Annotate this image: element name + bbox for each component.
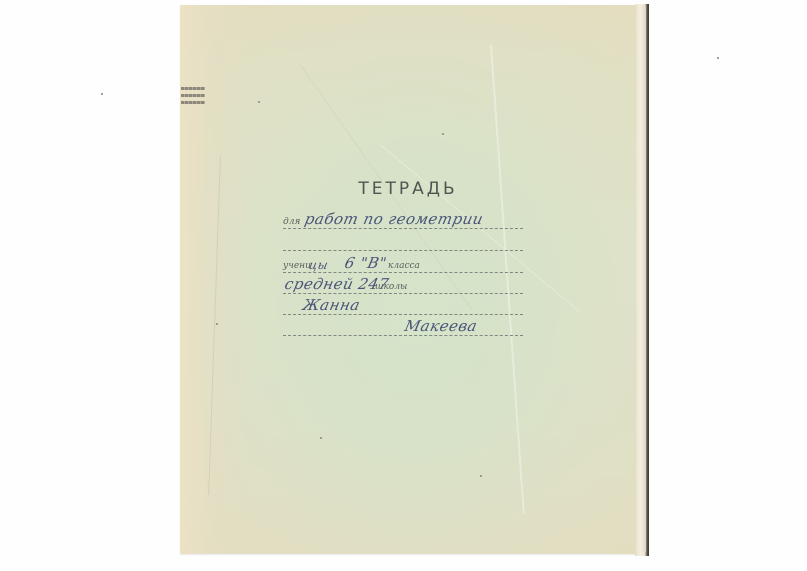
field-blank <box>283 230 523 251</box>
field-label: класса <box>388 261 420 271</box>
field-first-name: Жанна <box>283 294 523 315</box>
field-last-name: Макеева <box>283 315 523 336</box>
handwritten-class: 6 "В" <box>343 254 388 272</box>
binding-marks <box>181 87 205 108</box>
field-student-class: учени цы 6 "В" класса <box>283 252 523 273</box>
field-label: школы <box>375 282 407 292</box>
notebook-page-edge-inner <box>640 6 646 552</box>
handwritten-suffix: цы <box>308 258 330 272</box>
handwritten-last-name: Макеева <box>403 317 479 335</box>
cover-title: ТЕТРАДЬ <box>180 179 636 199</box>
handwritten-first-name: Жанна <box>301 296 362 314</box>
field-label: для <box>283 217 300 227</box>
scanned-page: ТЕТРАДЬ для работ по геометрии учени цы … <box>0 0 807 571</box>
notebook-cover: ТЕТРАДЬ для работ по геометрии учени цы … <box>180 5 636 554</box>
field-purpose: для работ по геометрии <box>283 208 523 229</box>
handwritten-subject: работ по геометрии <box>303 210 485 228</box>
field-label: учени <box>283 261 311 271</box>
dust-speck <box>101 93 103 95</box>
paper-crease <box>208 155 221 495</box>
dust-speck <box>717 57 719 59</box>
field-school: средней 247 школы <box>283 273 523 294</box>
